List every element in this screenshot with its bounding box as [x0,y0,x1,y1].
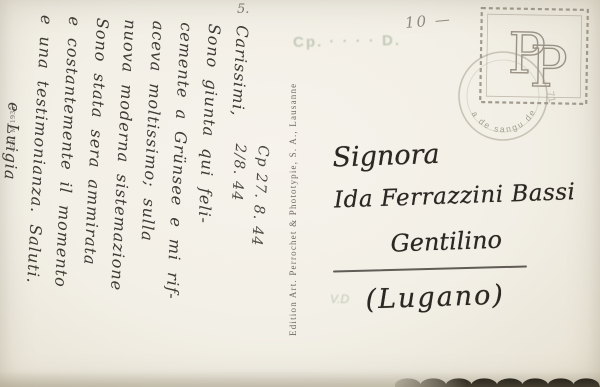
address-recipient-name: Ida Ferrazzini Bassi [334,179,593,214]
censor-stamp-text: Cp. · · · · D. [293,32,401,51]
address-region: (Lugano) [365,276,596,315]
handwritten-date: Cp 27. 8. 44 2/8. 44 [217,143,274,306]
edition-imprint: Edition Art. Perrochet & Phototypie, S. … [288,34,298,336]
deckle-edge-icon [395,374,600,387]
pencil-price-note: 10 — [404,10,452,32]
svg-text:P: P [529,35,568,101]
pencil-number-note: 5. [237,2,249,17]
handwritten-message: Carissimi, Sono giunta qui feli- cemente… [0,13,256,386]
address-recipient-title: Signora [332,134,591,174]
postcard-back: Carissimi, Sono giunta qui feli- cemente… [0,0,600,387]
censor-initials: V.D [330,292,349,306]
stamp-placeholder: P P [477,5,591,107]
pp-monogram-icon: P P [477,5,591,107]
address-block: Signora Ida Ferrazzini Bassi Gentilino (… [332,134,596,317]
address-town: Gentilino [390,222,594,257]
printer-code: 4581 M 1935 [8,92,17,152]
